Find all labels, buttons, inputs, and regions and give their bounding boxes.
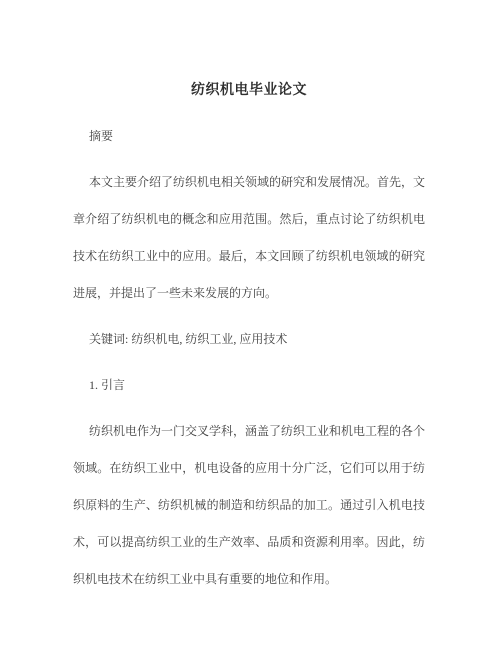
document-page: 纺织机电毕业论文 摘要 本文主要介绍了纺织机电相关领域的研究和发展情况。首先，文… — [0, 0, 500, 647]
section-heading-introduction: 1. 引言 — [73, 367, 425, 404]
abstract-label: 摘要 — [73, 118, 425, 155]
document-title: 纺织机电毕业论文 — [73, 72, 425, 109]
introduction-paragraph: 纺织机电作为一门交叉学科，涵盖了纺织工业和机电工程的各个领域。在纺织工业中，机电… — [73, 413, 425, 598]
keywords-line: 关键词: 纺织机电, 纺织工业, 应用技术 — [73, 321, 425, 358]
abstract-paragraph: 本文主要介绍了纺织机电相关领域的研究和发展情况。首先，文章介绍了纺织机电的概念和… — [73, 164, 425, 312]
